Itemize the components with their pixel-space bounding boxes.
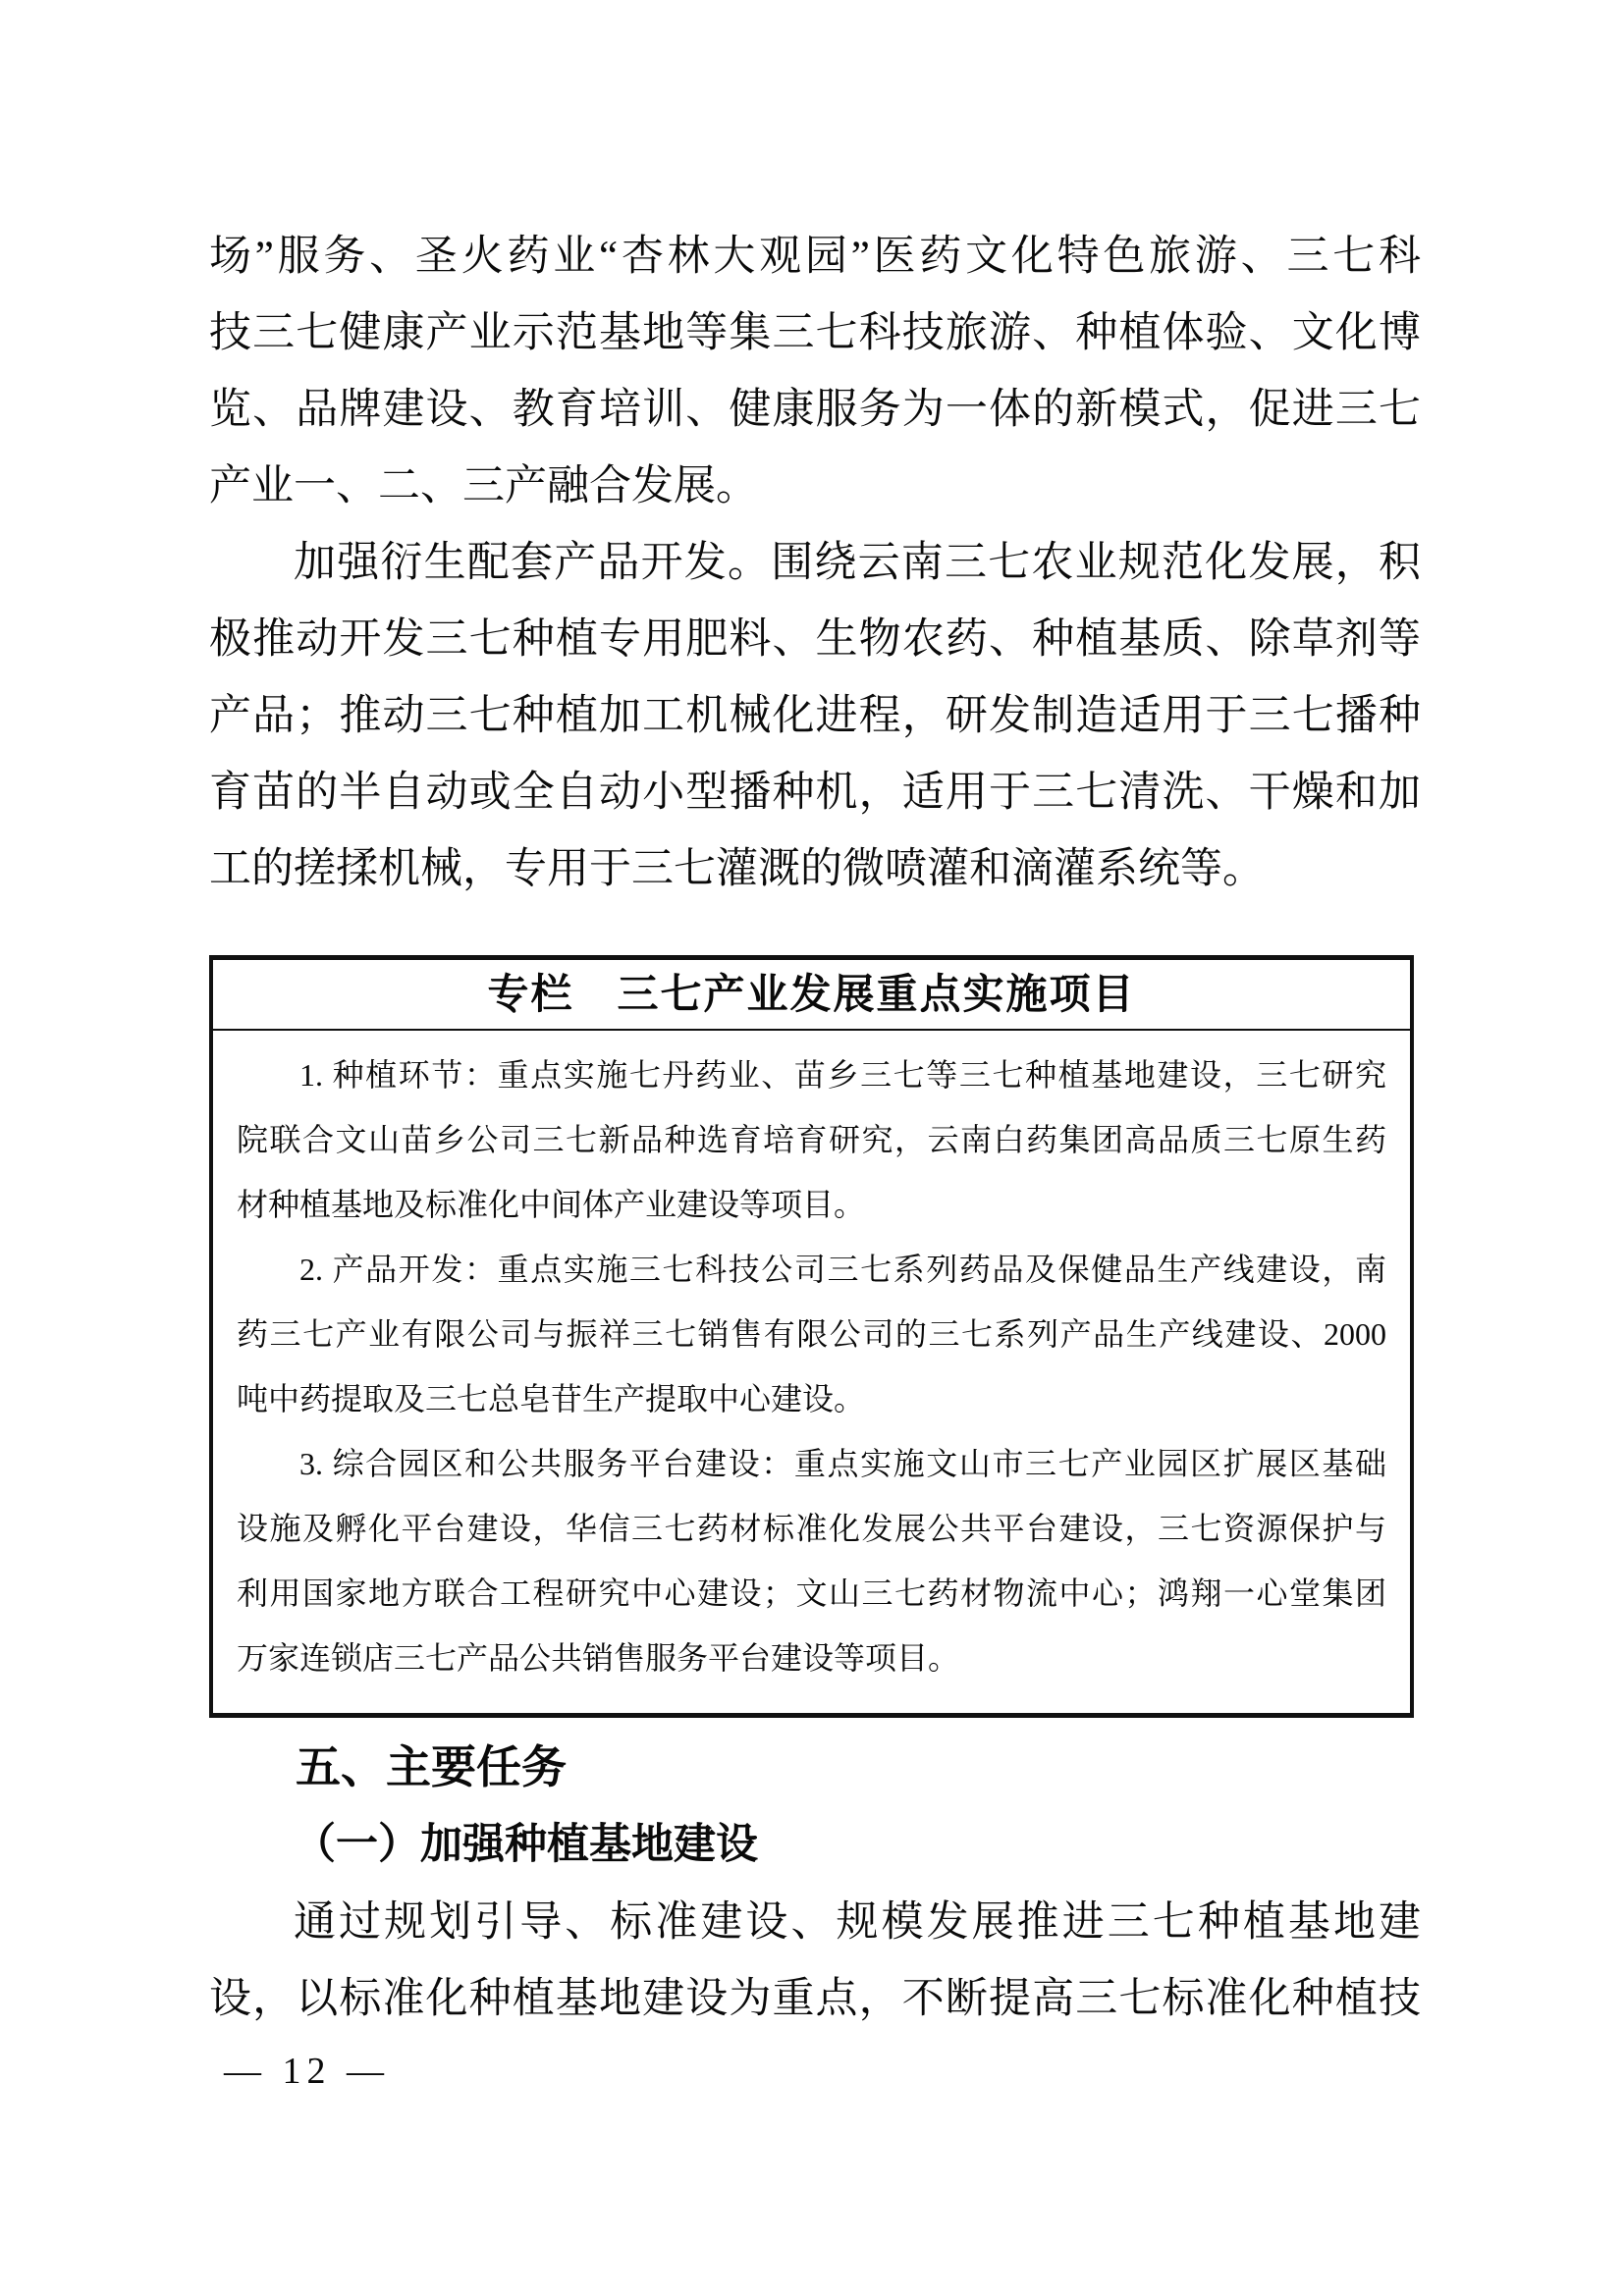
paragraph-line: 技三七健康产业示范基地等集三七科技旅游、种植体验、文化博 xyxy=(209,295,1421,372)
box-item-line: 2. 产品开发：重点实施三七科技公司三七系列药品及保健品生产线建设，南 xyxy=(237,1237,1386,1302)
paragraph-line: 育苗的半自动或全自动小型播种机，适用于三七清洗、干燥和加 xyxy=(209,755,1421,831)
paragraph-line: 工的搓揉机械，专用于三七灌溉的微喷灌和滴灌系统等。 xyxy=(209,831,1421,908)
paragraph-line: 场”服务、圣火药业“杏林大观园”医药文化特色旅游、三七科 xyxy=(209,219,1421,295)
tasks-section: 五、主要任务 （一）加强种植基地建设 通过规划引导、标准建设、规模发展推进三七种… xyxy=(209,1718,1421,2038)
highlight-box-body: 1. 种植环节：重点实施七丹药业、苗乡三七等三七种植基地建设，三七研究 院联合文… xyxy=(213,1031,1410,1690)
box-item-line: 药三七产业有限公司与振祥三七销售有限公司的三七系列产品生产线建设、2000 xyxy=(237,1302,1386,1366)
document-page: 场”服务、圣火药业“杏林大观园”医药文化特色旅游、三七科 技三七健康产业示范基地… xyxy=(0,0,1624,2296)
paragraph-line: 览、品牌建设、教育培训、健康服务为一体的新模式，促进三七 xyxy=(209,372,1421,449)
body-text: 场”服务、圣火药业“杏林大观园”医药文化特色旅游、三七科 技三七健康产业示范基地… xyxy=(209,219,1421,908)
box-item-line: 利用国家地方联合工程研究中心建设；文山三七药材物流中心；鸿翔一心堂集团 xyxy=(237,1561,1386,1626)
box-item-line: 材种植基地及标准化中间体产业建设等项目。 xyxy=(237,1172,1386,1237)
paragraph-line: 产品；推动三七种植加工机械化进程，研发制造适用于三七播种 xyxy=(209,678,1421,755)
box-item-line: 吨中药提取及三七总皂苷生产提取中心建设。 xyxy=(237,1366,1386,1431)
highlight-box-title: 专栏 三七产业发展重点实施项目 xyxy=(213,960,1410,1031)
box-item-line: 3. 综合园区和公共服务平台建设：重点实施文山市三七产业园区扩展区基础 xyxy=(237,1431,1386,1496)
highlight-box: 专栏 三七产业发展重点实施项目 1. 种植环节：重点实施七丹药业、苗乡三七等三七… xyxy=(209,955,1414,1718)
box-item-line: 院联合文山苗乡公司三七新品种选育培育研究，云南白药集团高品质三七原生药 xyxy=(237,1107,1386,1172)
paragraph-line: 设，以标准化种植基地建设为重点，不断提高三七标准化种植技 xyxy=(209,1961,1421,2038)
box-item-line: 1. 种植环节：重点实施七丹药业、苗乡三七等三七种植基地建设，三七研究 xyxy=(237,1042,1386,1107)
box-item-line: 万家连锁店三七产品公共销售服务平台建设等项目。 xyxy=(237,1626,1386,1690)
box-item-line: 设施及孵化平台建设，华信三七药材标准化发展公共平台建设，三七资源保护与 xyxy=(237,1496,1386,1561)
paragraph-line: 加强衍生配套产品开发。围绕云南三七农业规范化发展，积 xyxy=(209,525,1421,602)
paragraph-line: 产业一、二、三产融合发展。 xyxy=(209,449,1421,525)
subsection-heading: （一）加强种植基地建设 xyxy=(209,1806,1421,1885)
section-heading: 五、主要任务 xyxy=(209,1728,1421,1806)
paragraph-line: 通过规划引导、标准建设、规模发展推进三七种植基地建 xyxy=(209,1885,1421,1961)
paragraph-line: 极推动开发三七种植专用肥料、生物农药、种植基质、除草剂等 xyxy=(209,602,1421,678)
page-number: — 12 — xyxy=(224,2044,390,2099)
